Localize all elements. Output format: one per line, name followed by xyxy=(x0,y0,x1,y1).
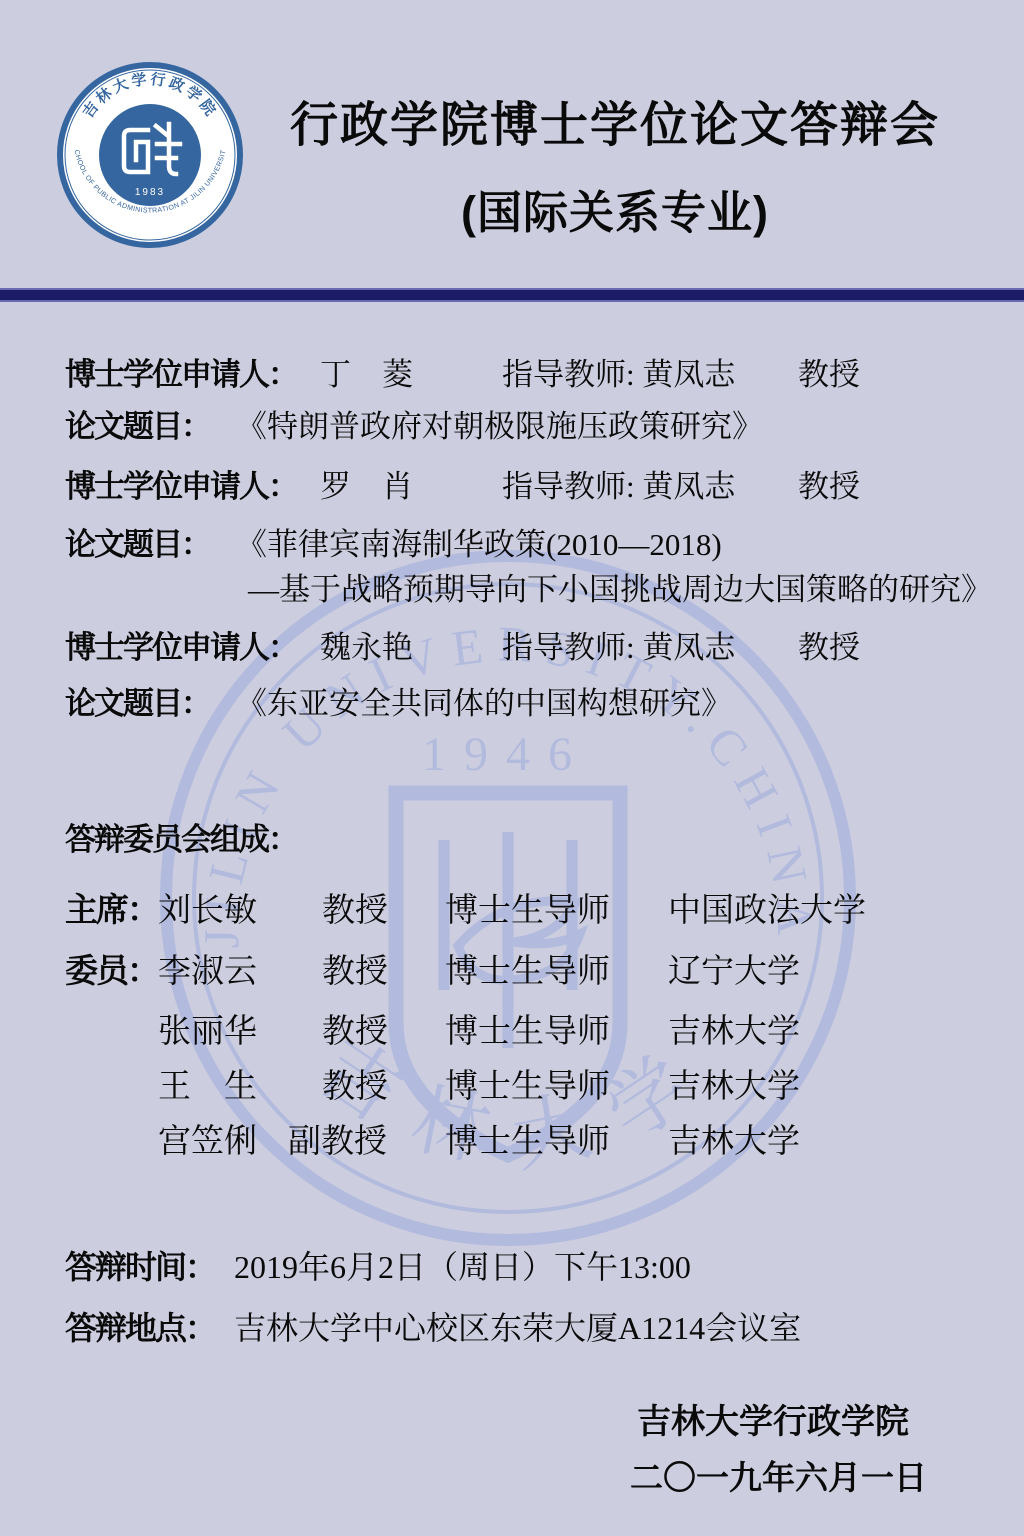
value-text: 《特朗普政府对朝极限施压政策研究》 xyxy=(236,401,763,446)
value-text: 指导教师: 黄凤志 xyxy=(502,349,735,394)
body-text: 博士学位申请人：丁 菱指导教师: 黄凤志教授论文题目：《特朗普政府对朝极限施压政… xyxy=(0,0,1024,1536)
date-row: 二〇一九年六月一日 xyxy=(0,1452,1024,1496)
value-text: 指导教师: 黄凤志 xyxy=(502,622,735,667)
value-text: 刘长敏 xyxy=(158,884,257,931)
value-text: 辽宁大学 xyxy=(668,945,800,992)
value-text: 2019年6月2日（周日）下午13:00 xyxy=(234,1242,691,1288)
value-text: 博士生导师 xyxy=(445,945,610,992)
value-text: 教授 xyxy=(322,884,388,931)
value-text: 宫笠俐 xyxy=(158,1115,257,1162)
value-text: 吉林大学行政学院 xyxy=(637,1394,909,1443)
committee-member-row-2: 张丽华教授博士生导师吉林大学 xyxy=(0,1005,1024,1049)
value-text: 教授 xyxy=(798,461,860,506)
label-text: 博士学位申请人： xyxy=(65,461,297,506)
value-text: 王 生 xyxy=(158,1060,257,1107)
applicant-row-2: 博士学位申请人：罗 肖指导教师: 黄凤志教授 xyxy=(0,461,1024,505)
applicant-row-1: 博士学位申请人：丁 菱指导教师: 黄凤志教授 xyxy=(0,349,1024,393)
thesis-title-row-3: 论文题目：《东亚安全共同体的中国构想研究》 xyxy=(0,678,1024,722)
value-text: 博士生导师 xyxy=(445,884,610,931)
label-text: 论文题目： xyxy=(65,678,210,723)
value-text: 吉林大学 xyxy=(668,1005,800,1052)
value-text: 博士生导师 xyxy=(445,1060,610,1107)
value-text: 李淑云 xyxy=(158,945,257,992)
value-text: 张丽华 xyxy=(158,1005,257,1052)
value-text: 教授 xyxy=(798,349,860,394)
thesis-title-row-2a: 论文题目：《菲律宾南海制华政策(2010—2018) xyxy=(0,519,1024,563)
value-text: 博士生导师 xyxy=(445,1005,610,1052)
value-text: —基于战略预期导向下小国挑战周边大国策略的研究》 xyxy=(248,564,992,609)
signature-row: 吉林大学行政学院 xyxy=(0,1394,1024,1438)
value-text: 丁 菱 xyxy=(320,349,413,394)
value-text: 罗 肖 xyxy=(320,461,413,506)
defense-location-row: 答辩地点：吉林大学中心校区东荣大厦A1214会议室 xyxy=(0,1303,1024,1347)
committee-heading-row: 答辩委员会组成： xyxy=(0,814,1024,858)
label-text: 答辩地点： xyxy=(65,1303,215,1349)
committee-chair-row: 主席：刘长敏教授博士生导师中国政法大学 xyxy=(0,884,1024,928)
value-text: 《东亚安全共同体的中国构想研究》 xyxy=(236,678,732,723)
label-text: 答辩时间： xyxy=(65,1242,215,1288)
value-text: 吉林大学 xyxy=(668,1060,800,1107)
value-text: 教授 xyxy=(322,1005,388,1052)
value-text: 吉林大学中心校区东荣大厦A1214会议室 xyxy=(234,1303,801,1349)
value-text: 指导教师: 黄凤志 xyxy=(502,461,735,506)
value-text: 教授 xyxy=(322,945,388,992)
thesis-title-row-2b: —基于战略预期导向下小国挑战周边大国策略的研究》 xyxy=(0,564,1024,608)
value-text: 教授 xyxy=(798,622,860,667)
applicant-row-3: 博士学位申请人：魏永艳指导教师: 黄凤志教授 xyxy=(0,622,1024,666)
value-text: 教授 xyxy=(322,1060,388,1107)
label-text: 博士学位申请人： xyxy=(65,622,297,667)
value-text: 魏永艳 xyxy=(320,622,413,667)
label-text: 博士学位申请人： xyxy=(65,349,297,394)
value-text: 二〇一九年六月一日 xyxy=(630,1452,927,1499)
label-text: 主席： xyxy=(65,884,158,931)
label-text: 论文题目： xyxy=(65,401,210,446)
committee-member-row-1: 委员：李淑云教授博士生导师辽宁大学 xyxy=(0,945,1024,989)
value-text: 副教授 xyxy=(288,1115,387,1162)
poster-page: 1983 吉林大学行政学院 SCHOOL OF PUBLIC ADMINISTR… xyxy=(0,0,1024,1536)
committee-member-row-4: 宫笠俐副教授博士生导师吉林大学 xyxy=(0,1115,1024,1159)
value-text: 中国政法大学 xyxy=(668,884,866,931)
value-text: 博士生导师 xyxy=(445,1115,610,1162)
label-text: 论文题目： xyxy=(65,519,210,564)
label-text: 答辩委员会组成： xyxy=(65,814,297,859)
value-text: 《菲律宾南海制华政策(2010—2018) xyxy=(236,519,722,564)
value-text: 吉林大学 xyxy=(668,1115,800,1162)
label-text: 委员： xyxy=(65,945,158,992)
thesis-title-row-1: 论文题目：《特朗普政府对朝极限施压政策研究》 xyxy=(0,401,1024,445)
committee-member-row-3: 王 生教授博士生导师吉林大学 xyxy=(0,1060,1024,1104)
defense-time-row: 答辩时间：2019年6月2日（周日）下午13:00 xyxy=(0,1242,1024,1286)
